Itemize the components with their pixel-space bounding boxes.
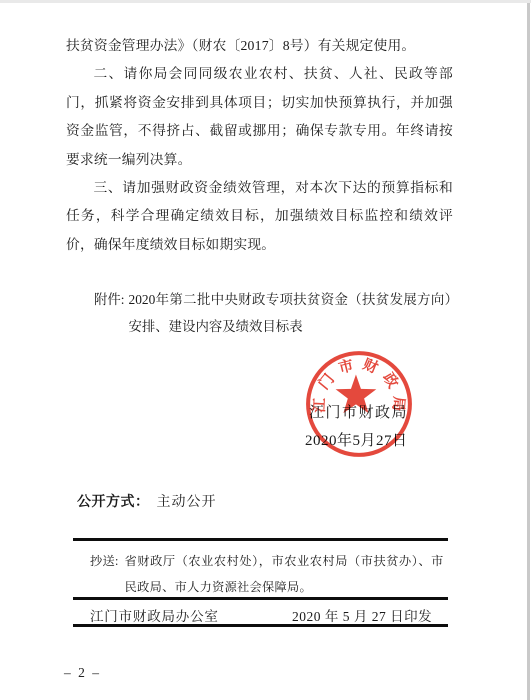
signature-issuer: 江门市财政局 — [309, 401, 408, 422]
imprint-date: 2020 年 5 月 27 日印发 — [292, 605, 432, 625]
signature-date: 2020年5月27日 — [305, 429, 408, 450]
disclosure-value: 主动公开 — [157, 495, 217, 510]
divider-top — [73, 538, 448, 541]
disclosure-line: 公开方式：主动公开 — [77, 491, 217, 511]
scan-edge-shadow — [527, 3, 530, 700]
attachment-block: 附件: 2020年第二批中央财政专项扶贫资金（扶贫发展方向）安排、建设内容及绩效… — [94, 286, 458, 340]
disclosure-label: 公开方式： — [77, 493, 150, 509]
document-page: 扶贫资金管理办法》（财农〔2017〕8号）有关规定使用。 二、请你局会同同级农业… — [0, 0, 531, 700]
imprint-office: 江门市财政局办公室 — [90, 605, 219, 625]
paragraph-item-3: 三、请加强财政资金绩效管理，对本次下达的预算指标和任务，科学合理确定绩效目标，加… — [66, 174, 453, 259]
cc-label: 抄送: — [90, 548, 119, 574]
divider-bottom — [73, 624, 448, 627]
document-body: 扶贫资金管理办法》（财农〔2017〕8号）有关规定使用。 二、请你局会同同级农业… — [66, 32, 453, 259]
page-number: – 2 – — [64, 665, 101, 681]
attachment-title: 2020年第二批中央财政专项扶贫资金（扶贫发展方向）安排、建设内容及绩效目标表 — [129, 286, 458, 340]
cc-block: 抄送: 省财政厅（农业农村处），市农业农村局（市扶贫办）、市民政局、市人力资源社… — [90, 548, 458, 600]
divider-middle — [73, 597, 448, 600]
cc-recipients: 省财政厅（农业农村处），市农业农村局（市扶贫办）、市民政局、市人力资源社会保障局… — [125, 548, 444, 600]
attachment-label: 附件: — [94, 286, 125, 313]
paragraph-item-2: 二、请你局会同同级农业农村、扶贫、人社、民政等部门，抓紧将资金安排到具体项目；切… — [66, 60, 453, 174]
paragraph-continuation: 扶贫资金管理办法》（财农〔2017〕8号）有关规定使用。 — [66, 32, 453, 60]
